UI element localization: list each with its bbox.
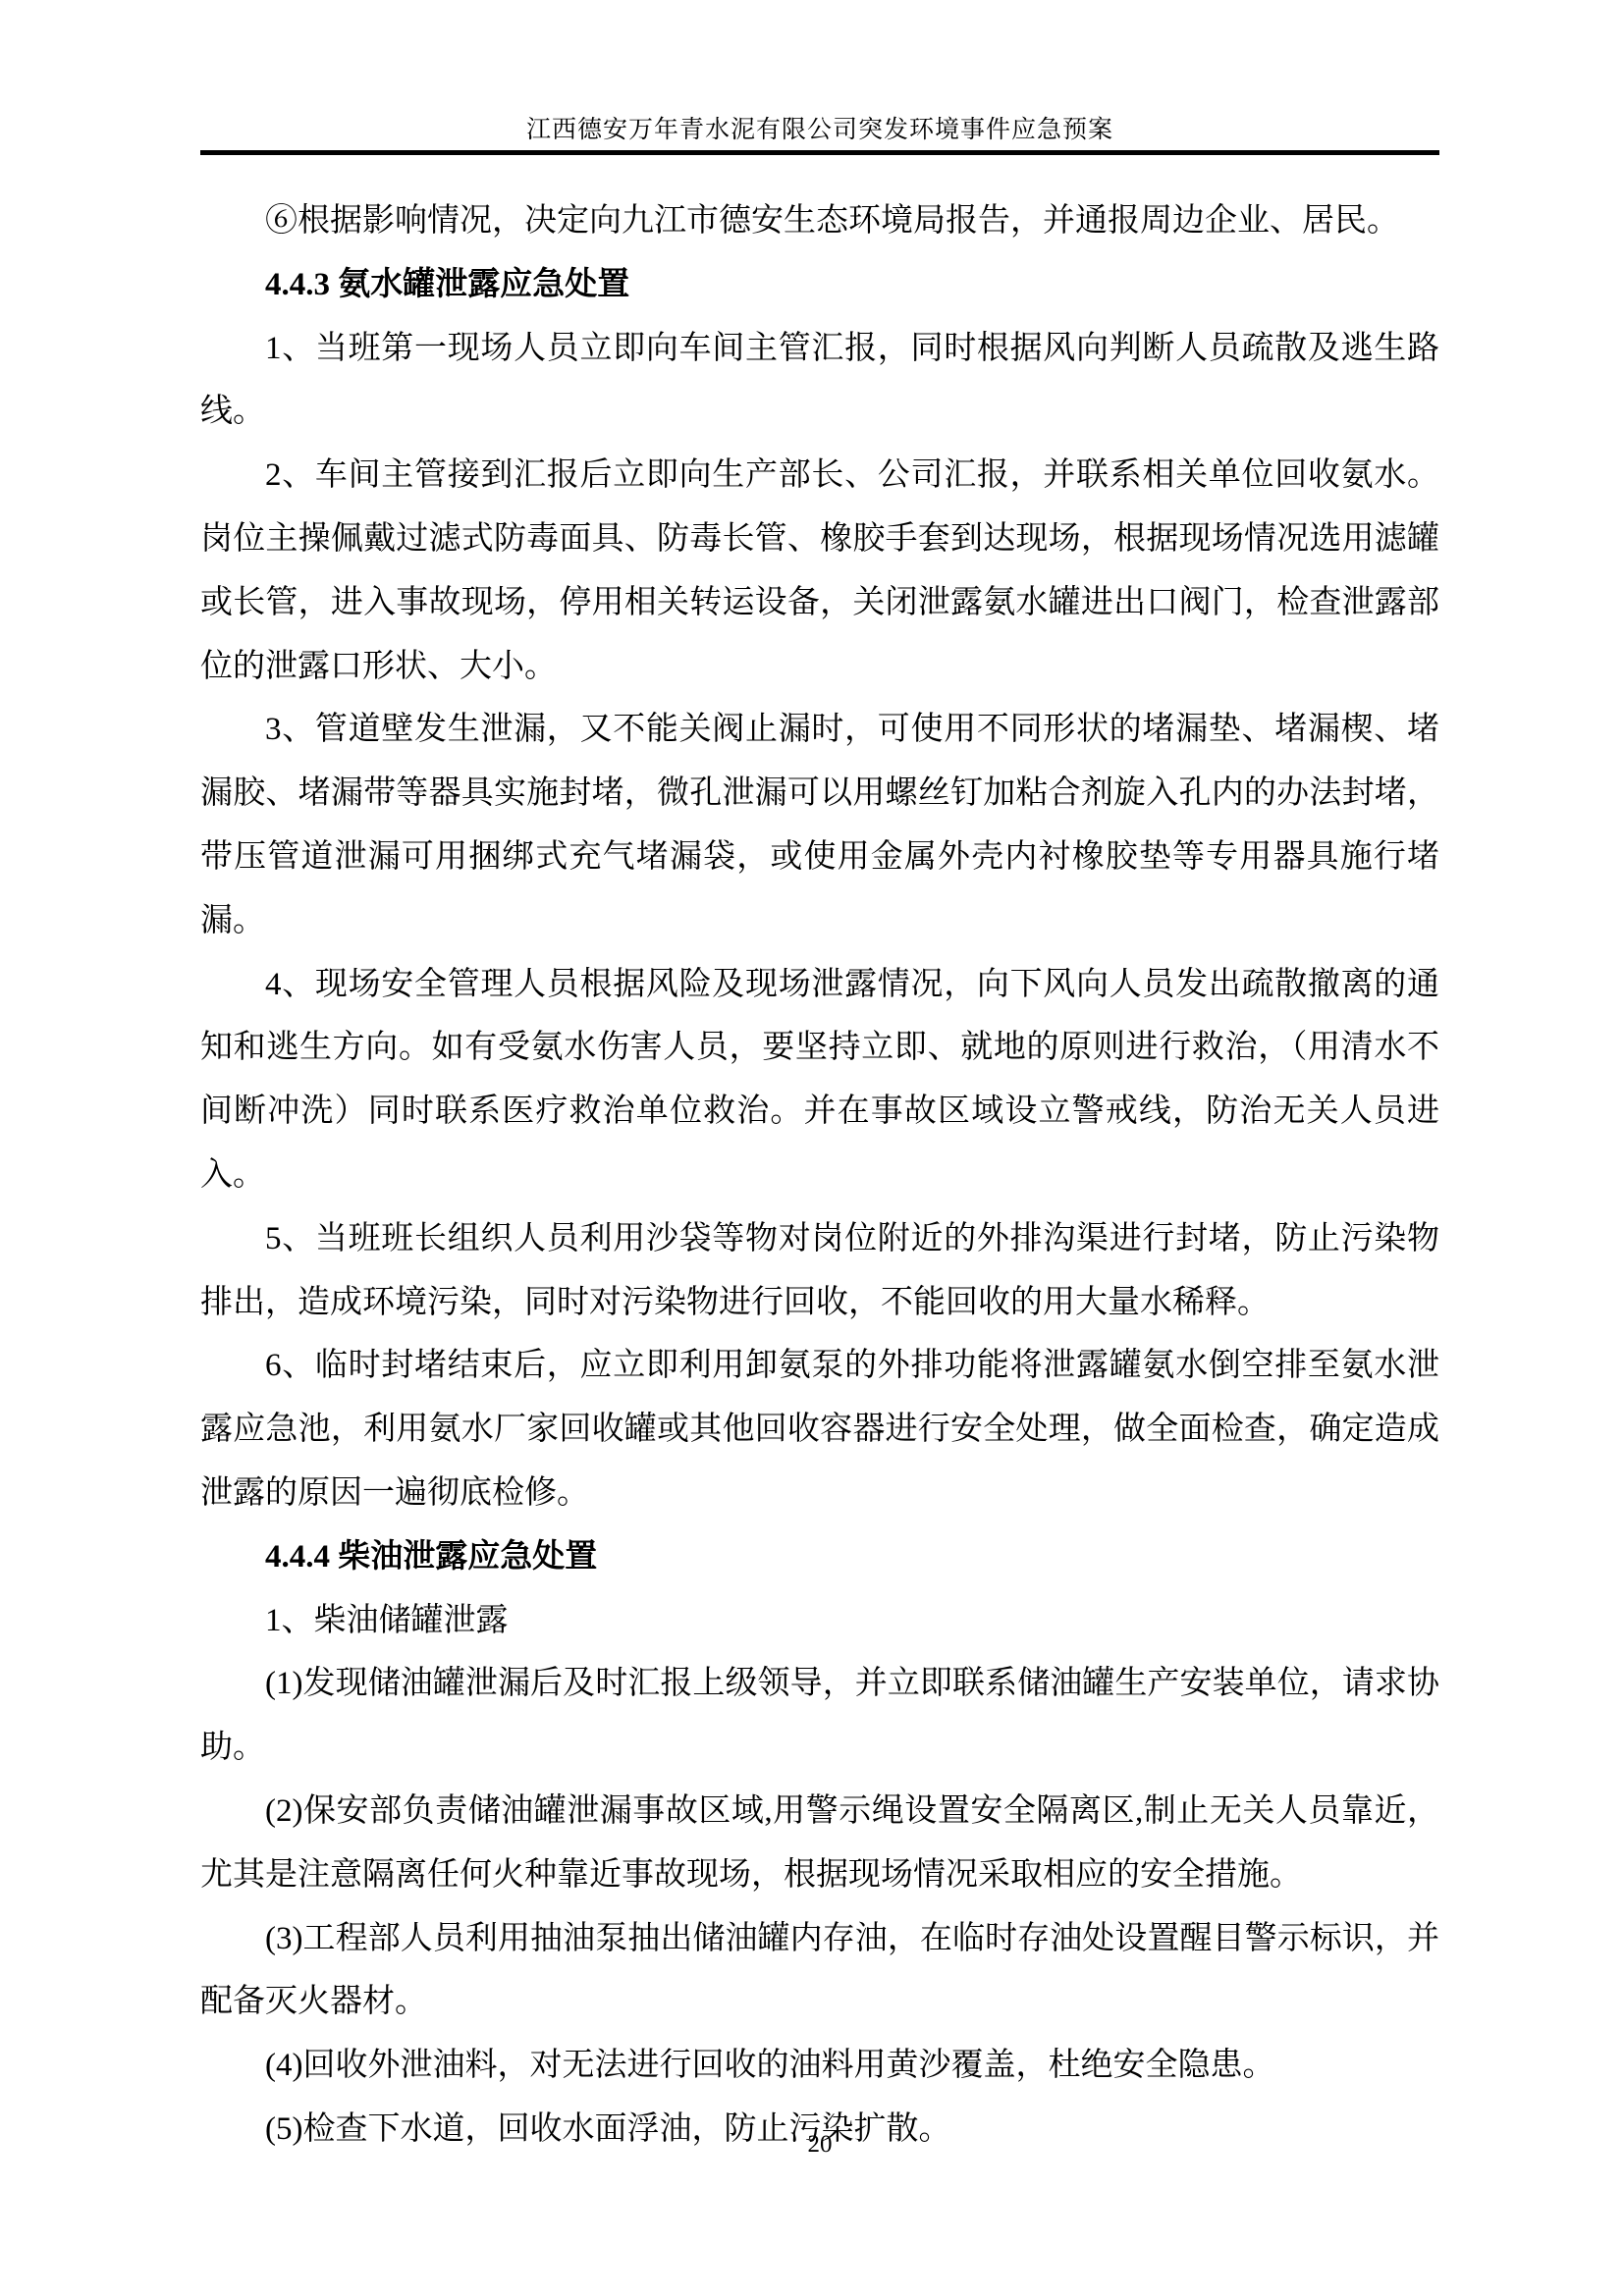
paragraph: 2、车间主管接到汇报后立即向生产部长、公司汇报，并联系相关单位回收氨水。岗位主操… <box>200 444 1439 698</box>
paragraph: (3)工程部人员利用抽油泵抽出储油罐内存油，在临时存油处设置醒目警示标识，并配备… <box>200 1907 1439 2035</box>
paragraph: (4)回收外泄油料，对无法进行回收的油料用黄沙覆盖，杜绝安全隐患。 <box>200 2034 1439 2098</box>
paragraph: 6、临时封堵结束后，应立即利用卸氨泵的外排功能将泄露罐氨水倒空排至氨水泄露应急池… <box>200 1334 1439 1524</box>
page-number: 20 <box>808 2131 833 2158</box>
document-page: 江西德安万年青水泥有限公司突发环境事件应急预案 ⑥根据影响情况，决定向九江市德安… <box>0 0 1624 2296</box>
paragraph: 1、柴油储罐泄露 <box>200 1589 1439 1653</box>
header-rule <box>200 150 1439 155</box>
paragraph: 4、现场安全管理人员根据风险及现场泄露情况，向下风向人员发出疏散撤离的通知和逃生… <box>200 953 1439 1207</box>
document-body: ⑥根据影响情况，决定向九江市德安生态环境局报告，并通报周边企业、居民。4.4.3… <box>200 189 1439 2162</box>
paragraph: 3、管道壁发生泄漏，又不能关阀止漏时，可使用不同形状的堵漏垫、堵漏楔、堵漏胶、堵… <box>200 698 1439 952</box>
paragraph: 5、当班班长组织人员利用沙袋等物对岗位附近的外排沟渠进行封堵，防止污染物排出，造… <box>200 1207 1439 1335</box>
paragraph: ⑥根据影响情况，决定向九江市德安生态环境局报告，并通报周边企业、居民。 <box>200 189 1439 253</box>
paragraph: (2)保安部负责储油罐泄漏事故区域,用警示绳设置安全隔离区,制止无关人员靠近，尤… <box>200 1780 1439 1907</box>
section-heading: 4.4.3 氨水罐泄露应急处置 <box>200 253 1439 317</box>
paragraph: (1)发现储油罐泄漏后及时汇报上级领导，并立即联系储油罐生产安装单位，请求协助。 <box>200 1652 1439 1780</box>
page-footer: 20 <box>200 2130 1439 2160</box>
header-title: 江西德安万年青水泥有限公司突发环境事件应急预案 <box>200 116 1439 145</box>
section-heading: 4.4.4 柴油泄露应急处置 <box>200 1525 1439 1589</box>
paragraph: 1、当班第一现场人员立即向车间主管汇报，同时根据风向判断人员疏散及逃生路线。 <box>200 317 1439 445</box>
